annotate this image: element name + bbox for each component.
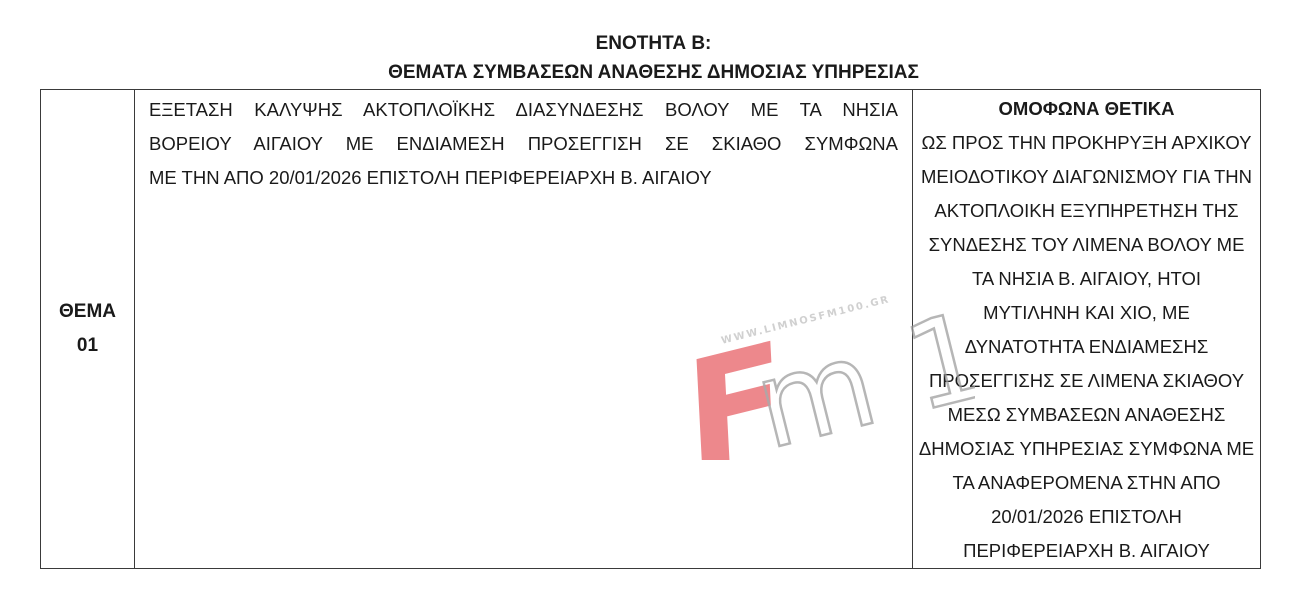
decision-line: ΜΕΙΟΔΟΤΙΚΟΥ ΔΙΑΓΩΝΙΣΜΟΥ ΓΙΑ ΤΗΝ [913, 160, 1260, 194]
decision-line: ΜΕΣΩ ΣΥΜΒΑΣΕΩΝ ΑΝΑΘΕΣΗΣ [913, 398, 1260, 432]
subject-cell: ΕΞΕΤΑΣΗ ΚΑΛΥΨΗΣ ΑΚΤΟΠΛΟΪΚΗΣ ΔΙΑΣΥΝΔΕΣΗΣ … [135, 90, 913, 569]
decision-title: ΟΜΟΦΩΝΑ ΘΕΤΙΚΑ [913, 92, 1260, 126]
table-row: ΘΕΜΑ 01 ΕΞΕΤΑΣΗ ΚΑΛΥΨΗΣ ΑΚΤΟΠΛΟΪΚΗΣ ΔΙΑΣ… [41, 90, 1261, 569]
section-subheading: ΘΕΜΑΤΑ ΣΥΜΒΑΣΕΩΝ ΑΝΑΘΕΣΗΣ ΔΗΜΟΣΙΑΣ ΥΠΗΡΕ… [0, 62, 1307, 84]
section-heading: ΕΝΟΤΗΤΑ Β: [0, 33, 1307, 55]
decision-line: ΣΥΝΔΕΣΗΣ ΤΟΥ ΛΙΜΕΝΑ ΒΟΛΟΥ ΜΕ [913, 228, 1260, 262]
item-label: ΘΕΜΑ [41, 295, 134, 329]
decision-cell: ΟΜΟΦΩΝΑ ΘΕΤΙΚΑ ΩΣ ΠΡΟΣ ΤΗΝ ΠΡΟΚΗΡΥΞΗ ΑΡΧ… [913, 90, 1261, 569]
decision-line: ΔΥΝΑΤΟΤΗΤΑ ΕΝΔΙΑΜΕΣΗΣ [913, 330, 1260, 364]
subject-line: ΜΕ ΤΗΝ ΑΠΟ 20/01/2026 ΕΠΙΣΤΟΛΗ ΠΕΡΙΦΕΡΕΙ… [149, 161, 898, 195]
decision-line: ΤΑ ΑΝΑΦΕΡΟΜΕΝΑ ΣΤΗΝ ΑΠΟ [913, 466, 1260, 500]
item-number: 01 [41, 329, 134, 363]
subject-line: ΒΟΡΕΙΟΥ ΑΙΓΑΙΟΥ ΜΕ ΕΝΔΙΑΜΕΣΗ ΠΡΟΣΕΓΓΙΣΗ … [149, 127, 898, 161]
agenda-table: ΘΕΜΑ 01 ΕΞΕΤΑΣΗ ΚΑΛΥΨΗΣ ΑΚΤΟΠΛΟΪΚΗΣ ΔΙΑΣ… [40, 89, 1261, 569]
decision-line: ΜΥΤΙΛΗΝΗ ΚΑΙ ΧΙΟ, ΜΕ [913, 296, 1260, 330]
decision-line: 20/01/2026 ΕΠΙΣΤΟΛΗ [913, 500, 1260, 534]
decision-line: ΔΗΜΟΣΙΑΣ ΥΠΗΡΕΣΙΑΣ ΣΥΜΦΩΝΑ ΜΕ [913, 432, 1260, 466]
decision-line: ΠΡΟΣΕΓΓΙΣΗΣ ΣΕ ΛΙΜΕΝΑ ΣΚΙΑΘΟΥ [913, 364, 1260, 398]
item-number-cell: ΘΕΜΑ 01 [41, 90, 135, 569]
decision-line: ΩΣ ΠΡΟΣ ΤΗΝ ΠΡΟΚΗΡΥΞΗ ΑΡΧΙΚΟΥ [913, 126, 1260, 160]
decision-line: ΠΕΡΙΦΕΡΕΙΑΡΧΗ Β. ΑΙΓΑΙΟΥ [913, 534, 1260, 568]
decision-line: ΑΚΤΟΠΛΟΙΚΗ ΕΞΥΠΗΡΕΤΗΣΗ ΤΗΣ [913, 194, 1260, 228]
decision-line: ΤΑ ΝΗΣΙΑ Β. ΑΙΓΑΙΟΥ, ΗΤΟΙ [913, 262, 1260, 296]
subject-line: ΕΞΕΤΑΣΗ ΚΑΛΥΨΗΣ ΑΚΤΟΠΛΟΪΚΗΣ ΔΙΑΣΥΝΔΕΣΗΣ … [149, 93, 898, 127]
